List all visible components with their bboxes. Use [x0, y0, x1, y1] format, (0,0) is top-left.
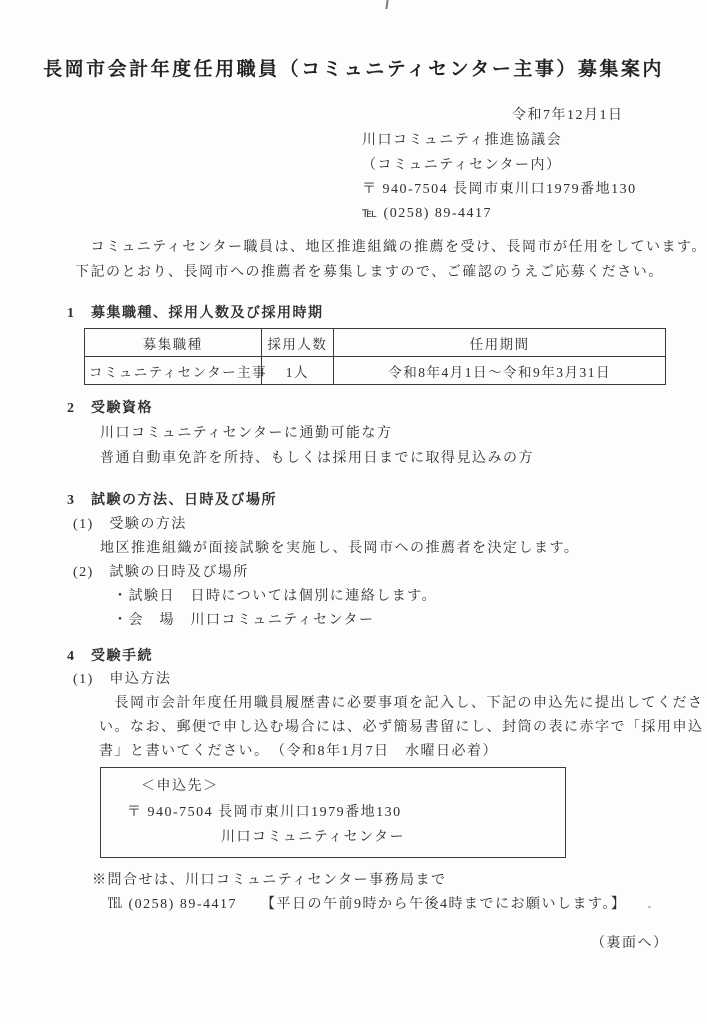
section3-item1-body: 地区推進組織が面接試験を実施し、長岡市への推薦者を決定します。 [100, 540, 579, 558]
section1-heading: 1 募集職種、採用人数及び採用時期 [67, 305, 324, 323]
issuer-address: 〒 940-7504 長岡市東川口1979番地130 [362, 181, 637, 199]
application-address-box: ＜申込先＞ 〒 940-7504 長岡市東川口1979番地130 川口コミュニテ… [100, 767, 566, 858]
issuer-org-name: 川口コミュニティ推進協議会 [362, 132, 562, 150]
section3-item1-label: (1) 受験の方法 [73, 516, 187, 534]
issuer-org-location: （コミュニティセンター内） [362, 157, 562, 175]
intro-line-1: コミュニティセンター職員は、地区推進組織の推薦を受け、長岡市が任用をしています。 [75, 239, 707, 257]
section4-heading: 4 受験手続 [67, 648, 153, 666]
table-cell-term: 令和8年4月1日～令和9年3月31日 [334, 357, 666, 385]
table-row: コミュニティセンター主事 1人 令和8年4月1日～令和9年3月31日 [85, 357, 666, 385]
section4-item1-label: (1) 申込方法 [73, 671, 171, 689]
inquiry-tel-note: ℡ (0258) 89-4417 【平日の午前9時から午後4時までにお願いします… [108, 896, 626, 914]
section4-para-line-3: 書」と書いてください。 （令和8年1月7日 水曜日必着） [99, 743, 498, 761]
table-header-term: 任用期間 [334, 329, 666, 357]
inquiry-note: ※問合せは、川口コミュニティセンター事務局まで [92, 872, 447, 890]
issue-date: 令和7年12月1日 [512, 107, 624, 125]
table-header-headcount: 採用人数 [261, 329, 334, 357]
table-cell-job-type: コミュニティセンター主事 [85, 357, 262, 385]
apply-box-title: ＜申込先＞ [141, 778, 219, 796]
apply-box-center-name: 川口コミュニティセンター [221, 829, 405, 847]
table-header-job-type: 募集職種 [85, 329, 262, 357]
backside-note: （裏面へ） [591, 935, 669, 953]
section3-heading: 3 試験の方法、日時及び場所 [67, 492, 277, 510]
section2-requirement-1: 川口コミュニティセンターに通勤可能な方 [100, 425, 393, 443]
recruitment-table: 募集職種 採用人数 任用期間 コミュニティセンター主事 1人 令和8年4月1日～… [84, 328, 666, 385]
section2-requirement-2: 普通自動車免許を所持、もしくは採用日までに取得見込みの方 [100, 450, 534, 468]
apply-box-address: 〒 940-7504 長岡市東川口1979番地130 [127, 804, 402, 822]
section2-heading: 2 受験資格 [67, 400, 153, 418]
section3-venue-bullet: ・会 場 川口コミュニティセンター [113, 612, 375, 630]
section4-para-line-2: い。なお、郵便で申し込む場合には、必ず簡易書留にし、封筒の表に赤字で「採用申込 [99, 719, 704, 737]
intro-line-2: 下記のとおり、長岡市への推薦者を募集しますので、ご確認のうえご応募ください。 [75, 264, 664, 282]
section3-item2-label: (2) 試験の日時及び場所 [73, 564, 249, 582]
table-cell-headcount: 1人 [261, 357, 334, 385]
scan-artifact [648, 906, 651, 908]
section4-para-line-1: 長岡市会計年度任用職員履歴書に必要事項を記入し、下記の申込先に提出してくださ [99, 695, 704, 713]
scanned-document-page: 長岡市会計年度任用職員（コミュニティセンター主事）募集案内 令和7年12月1日 … [0, 0, 707, 1024]
section3-exam-date-bullet: ・試験日 日時については個別に連絡します。 [113, 588, 437, 606]
scan-artifact [385, 0, 388, 9]
table-header-row: 募集職種 採用人数 任用期間 [85, 329, 666, 357]
issuer-tel: ℡ (0258) 89-4417 [362, 205, 492, 223]
document-title: 長岡市会計年度任用職員（コミュニティセンター主事）募集案内 [0, 54, 707, 81]
